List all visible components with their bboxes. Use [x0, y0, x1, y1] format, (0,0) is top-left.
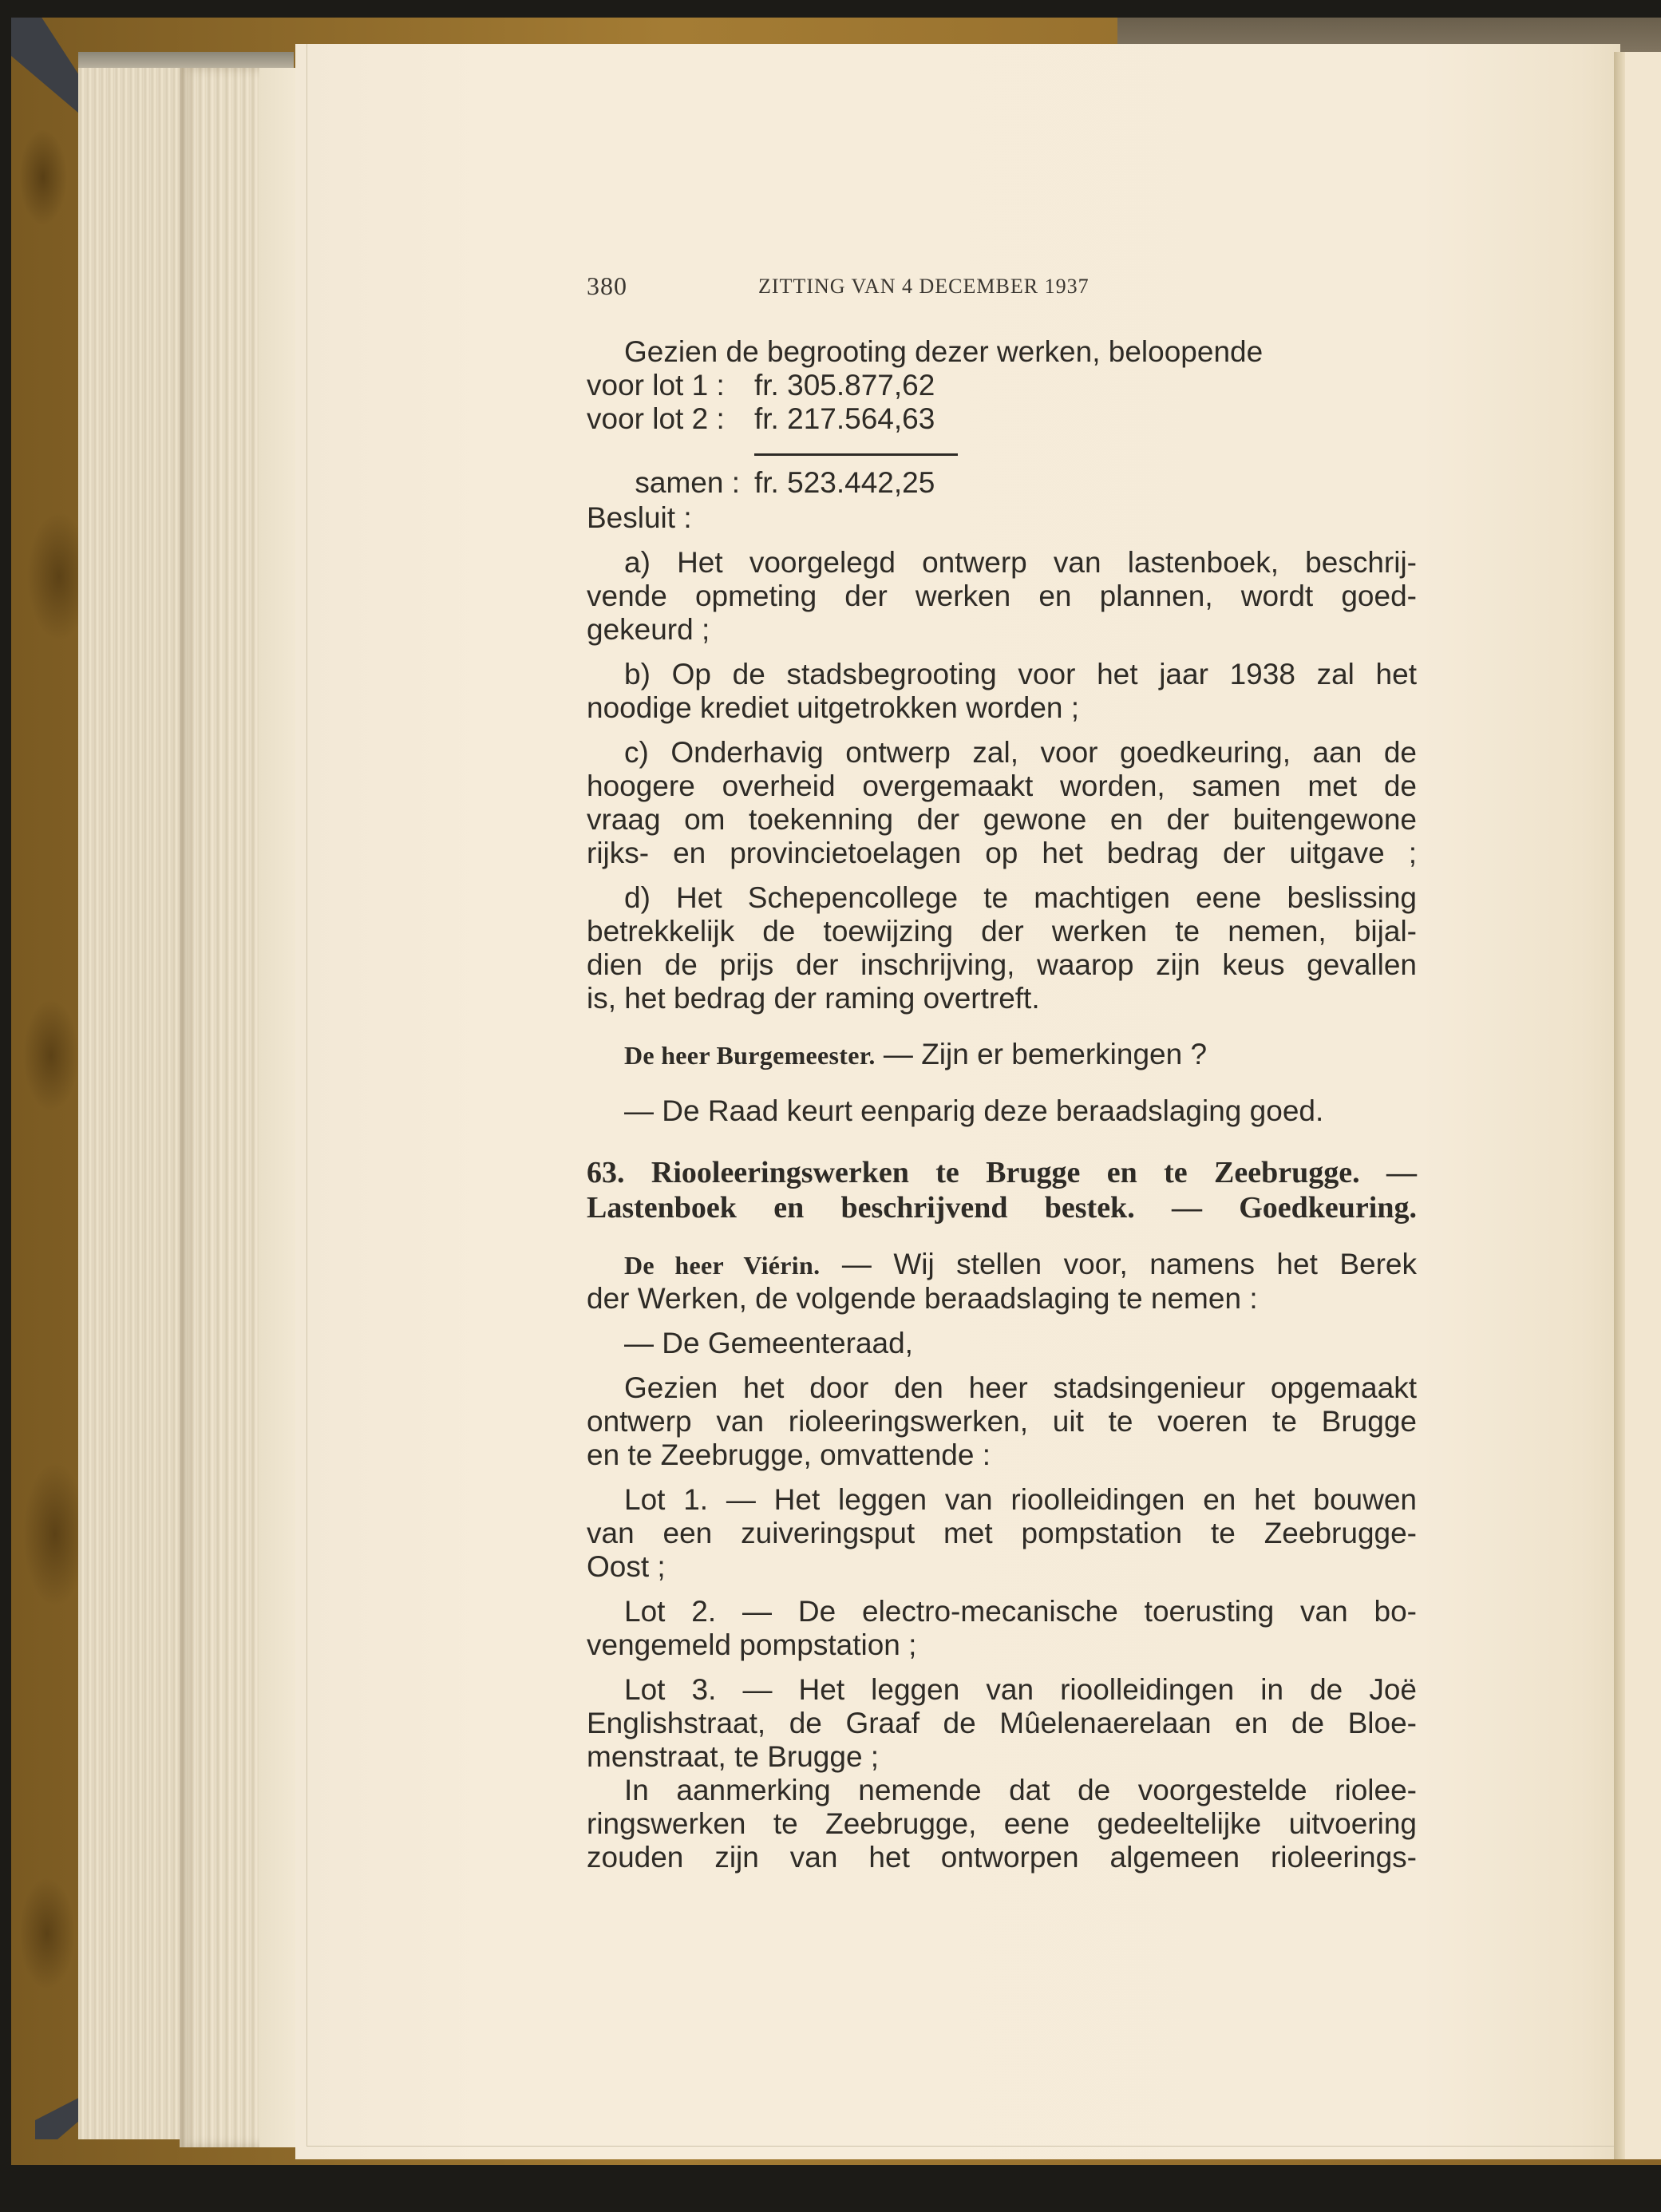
section-title-line-1: 63. Riooleeringswerken te Brugge en te Z… [587, 1155, 1417, 1190]
ledger-total-label: samen : [587, 466, 754, 500]
text-line: van een zuiveringsput met pompstation te… [587, 1517, 1417, 1550]
text-line: Oost ; [587, 1550, 1417, 1584]
text-line: ontwerp van rioleeringswerken, uit te vo… [587, 1405, 1417, 1438]
text-line: gekeurd ; [587, 613, 1417, 647]
considering-paragraph: Gezien het door den heer stadsingenieur … [587, 1371, 1417, 1472]
decision-heading: Besluit : [587, 501, 1417, 535]
page-number: 380 [587, 271, 627, 301]
running-head-title: ZITTING VAN 4 DECEMBER 1937 [758, 275, 1090, 299]
text-line: a) Het voorgelegd ontwerp van lastenboek… [587, 546, 1417, 580]
text-line: der Werken, de volgende beraadslaging te… [587, 1282, 1417, 1316]
page-stack-shadow [78, 52, 294, 68]
decision-a: a) Het voorgelegd ontwerp van lastenboek… [587, 546, 1417, 647]
running-head: 380 ZITTING VAN 4 DECEMBER 1937 [587, 271, 1417, 303]
remark-text: — Wij stellen voor, namens het Berek [820, 1248, 1417, 1280]
lot-1: Lot 1. — Het leggen van rioolleidingen e… [587, 1483, 1417, 1584]
lot-2: Lot 2. — De electro-mecanische toerustin… [587, 1595, 1417, 1662]
text-line: en te Zeebrugge, omvattende : [587, 1438, 1417, 1472]
text-line: rijks- en provincietoelagen op het bedra… [587, 837, 1417, 870]
text-line: zouden zijn van het ontworpen algemeen r… [587, 1841, 1417, 1874]
text-line: vengemeld pompstation ; [587, 1628, 1417, 1662]
ledger-label: voor lot 2 : [587, 402, 754, 436]
ledger-total-row: samen : fr. 523.442,25 [587, 466, 1417, 500]
next-page-edge [1625, 52, 1661, 2159]
mayor-remark: De heer Burgemeester. — Zijn er bemerkin… [587, 1038, 1417, 1072]
text-line: De heer Viérin. — Wij stellen voor, name… [587, 1248, 1417, 1282]
lot-3: Lot 3. — Het leggen van rioolleidingen i… [587, 1673, 1417, 1774]
budget-ledger: voor lot 1 : fr. 305.877,62 voor lot 2 :… [587, 369, 1417, 500]
text-line: Lot 2. — De electro-mecanische toerustin… [587, 1595, 1417, 1628]
ledger-row: voor lot 2 : fr. 217.564,63 [587, 402, 1417, 436]
ledger-value: fr. 217.564,63 [754, 402, 994, 436]
text-line: is, het bedrag der raming overtreft. [587, 982, 1417, 1015]
ledger-row: voor lot 1 : fr. 305.877,62 [587, 369, 1417, 402]
speaker-name: De heer Viérin. [624, 1251, 820, 1280]
closing-paragraph: In aanmerking nemende dat de voorgesteld… [587, 1774, 1417, 1874]
intro-paragraph: Gezien de begrooting dezer werken, beloo… [587, 335, 1417, 369]
speaker-name: De heer Burgemeester. [624, 1041, 876, 1070]
council-result: — De Raad keurt eenparig deze beraadslag… [587, 1094, 1417, 1128]
text-line: menstraat, te Brugge ; [587, 1740, 1417, 1774]
council-address: — De Gemeenteraad, [587, 1327, 1417, 1360]
page-body: Gezien de begrooting dezer werken, beloo… [587, 335, 1417, 1874]
text-line: vende opmeting der werken en plannen, wo… [587, 580, 1417, 613]
decision-c: c) Onderhavig ontwerp zal, voor goedkeur… [587, 736, 1417, 870]
section-title-line-2: Lastenboek en beschrijvend bestek. — Goe… [587, 1190, 1417, 1225]
page-edge-right [1614, 52, 1625, 2159]
text-line: vraag om toekenning der gewone en der bu… [587, 803, 1417, 837]
ledger-value: fr. 305.877,62 [754, 369, 994, 402]
text-line: Lot 1. — Het leggen van rioolleidingen e… [587, 1483, 1417, 1517]
section-heading: 63. Riooleeringswerken te Brugge en te Z… [587, 1155, 1417, 1225]
sum-rule [754, 453, 958, 456]
ledger-label: voor lot 1 : [587, 369, 754, 402]
text-line: Lot 3. — Het leggen van rioolleidingen i… [587, 1673, 1417, 1707]
text-line: b) Op de stadsbegrooting voor het jaar 1… [587, 658, 1417, 691]
vierin-proposal: De heer Viérin. — Wij stellen voor, name… [587, 1248, 1417, 1316]
text-line: d) Het Schepencollege te machtigen eene … [587, 881, 1417, 915]
ledger-total-value: fr. 523.442,25 [754, 466, 994, 500]
page-edge-left [306, 44, 307, 2147]
page-edge-bottom [306, 2146, 1616, 2147]
text-line: ringswerken te Zeebrugge, eene gedeeltel… [587, 1807, 1417, 1841]
text-line: hoogere overheid overgemaakt worden, sam… [587, 770, 1417, 803]
text-line: betrekkelijk de toewijzing der werken te… [587, 915, 1417, 948]
remark-text: — Zijn er bemerkingen ? [876, 1038, 1207, 1070]
text-line: noodige krediet uitgetrokken worden ; [587, 691, 1417, 725]
text-line: Gezien het door den heer stadsingenieur … [587, 1371, 1417, 1405]
text-line: Englishstraat, de Graaf de Mûelenaerelaa… [587, 1707, 1417, 1740]
decision-b: b) Op de stadsbegrooting voor het jaar 1… [587, 658, 1417, 725]
decision-d: d) Het Schepencollege te machtigen eene … [587, 881, 1417, 1015]
text-line: c) Onderhavig ontwerp zal, voor goedkeur… [587, 736, 1417, 770]
text-line: In aanmerking nemende dat de voorgesteld… [587, 1774, 1417, 1807]
text-line: dien de prijs der inschrijving, waarop z… [587, 948, 1417, 982]
